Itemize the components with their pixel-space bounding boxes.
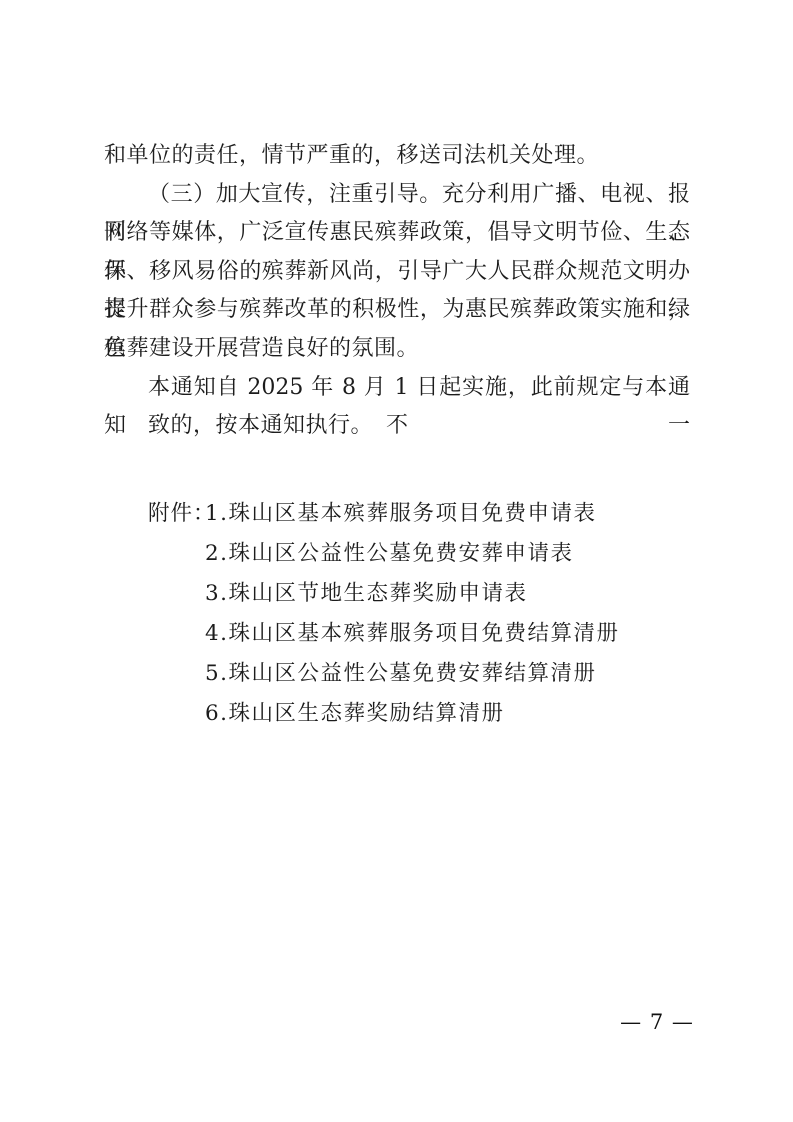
attachment-item: 5.珠山区公益性公墓免费安葬结算清册 xyxy=(205,654,665,694)
body-text-line: 提升群众参与殡葬改革的积极性，为惠民殡葬政策实施和绿色 xyxy=(104,291,690,330)
page-number: — 7 — xyxy=(612,1008,702,1036)
body-text-line: 网络等媒体，广泛宣传惠民殡葬政策，倡导文明节俭、生态环 xyxy=(104,214,690,253)
attachment-item: 3.珠山区节地生态葬奖励申请表 xyxy=(205,574,665,614)
attachments-list: 1.珠山区基本殡葬服务项目免费申请表 2.珠山区公益性公墓免费安葬申请表 3.珠… xyxy=(205,494,665,734)
body-text-line-section-heading: （三）加大宣传，注重引导。充分利用广播、电视、报刊、 xyxy=(104,176,690,215)
body-text-line: 和单位的责任，情节严重的，移送司法机关处理。 xyxy=(104,137,690,176)
document-page: 和单位的责任，情节严重的，移送司法机关处理。 （三）加大宣传，注重引导。充分利用… xyxy=(0,0,793,1122)
attachment-item: 4.珠山区基本殡葬服务项目免费结算清册 xyxy=(205,614,665,654)
body-text-line: 保、移风易俗的殡葬新风尚，引导广大人民群众规范文明办丧， xyxy=(104,253,690,292)
attachment-item: 1.珠山区基本殡葬服务项目免费申请表 xyxy=(205,494,665,534)
notice-body: 和单位的责任，情节严重的，移送司法机关处理。 （三）加大宣传，注重引导。充分利用… xyxy=(104,137,690,446)
attachment-item: 2.珠山区公益性公墓免费安葬申请表 xyxy=(205,534,665,574)
body-text-line: 本通知自 2025 年 8 月 1 日起实施，此前规定与本通知不一 xyxy=(104,369,690,408)
body-text-line: 殡葬建设开展营造良好的氛围。 xyxy=(104,330,690,369)
attachment-item: 6.珠山区生态葬奖励结算清册 xyxy=(205,694,665,734)
